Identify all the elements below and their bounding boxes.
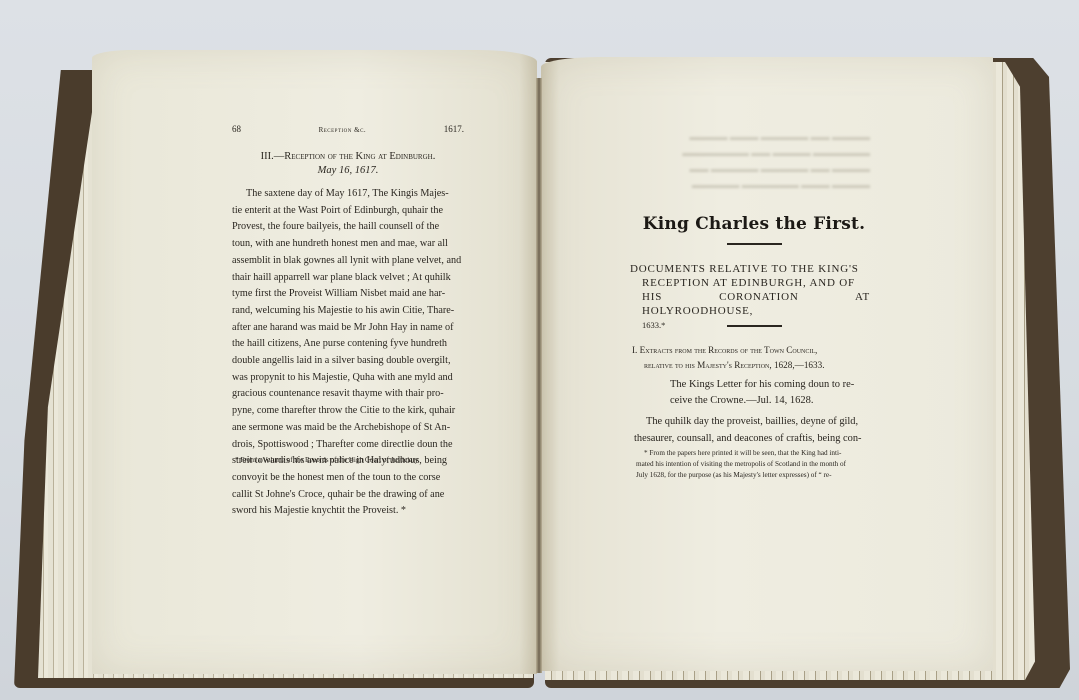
letter-heading: The Kings Letter for his coming doun to … <box>628 377 922 409</box>
body-line: thair haill apparrell war plane black ve… <box>232 270 464 287</box>
document-title: DOCUMENTS RELATIVE TO THE KING'S RECEPTI… <box>630 262 870 332</box>
body-line: was propynit to his Majestie, Quha with … <box>232 370 464 387</box>
left-footnote: * From a Volume of the Records of the Hi… <box>235 455 467 466</box>
body-line: pyne, come tharefter throw the Citie to … <box>232 403 464 420</box>
footnote-line: * From the papers here printed it will b… <box>636 448 876 459</box>
body-line: after ane harand was maid be Mr John Hay… <box>232 320 464 337</box>
section-heading: III.—Reception of the King at Edinburgh. <box>232 150 464 163</box>
section-date: May 16, 1617. <box>232 164 464 177</box>
body-line: drois, Spottiswood ; Tharefter come dire… <box>232 437 464 454</box>
extract-line: I. Extracts from the Records of the Town… <box>632 343 877 358</box>
body-line: gracious countenance resavit thayme with… <box>232 386 464 403</box>
body-line: the haill citizens, Ane purse contening … <box>232 336 464 353</box>
right-body-text: The quhilk day the proveist, baillies, d… <box>634 413 879 447</box>
body-line: The saxtene day of May 1617, The Kingis … <box>232 186 464 203</box>
body-line: sword his Majestie knychtit the Proveist… <box>232 503 464 520</box>
body-line: toun, with ane hundreth honest men and m… <box>232 236 464 253</box>
body-line: tie enterit at the Wast Poirt of Edinbur… <box>232 203 464 220</box>
running-title: Reception &c. <box>319 126 367 134</box>
footnote-line: mated his intention of visiting the metr… <box>636 459 876 470</box>
reign-title: King Charles the First. <box>628 214 880 234</box>
title-line: DOCUMENTS RELATIVE TO THE KING'S <box>630 262 870 276</box>
body-line: callit St Johne's Croce, quhair be the d… <box>232 487 464 504</box>
extract-heading: I. Extracts from the Records of the Town… <box>632 343 877 373</box>
body-line: Provest, the foure bailyeis, the haill c… <box>232 219 464 236</box>
letter-line: The Kings Letter for his coming doun to … <box>670 377 922 393</box>
left-body-text: The saxtene day of May 1617, The Kingis … <box>232 186 464 520</box>
right-footnote: * From the papers here printed it will b… <box>636 448 876 481</box>
body-line: The quhilk day the proveist, baillies, d… <box>634 413 879 430</box>
title-rule-top <box>628 243 880 245</box>
body-line: thesaurer, counsall, and deacones of cra… <box>634 430 879 447</box>
page-number: 68 <box>232 124 241 134</box>
title-rule-bottom <box>628 325 880 327</box>
letter-line: ceive the Crowne.—Jul. 14, 1628. <box>670 393 922 409</box>
title-line: RECEPTION AT EDINBURGH, AND OF <box>630 276 870 290</box>
left-running-head: 68 Reception &c. 1617. <box>232 124 464 134</box>
extract-line: relative to his Majesty's Reception, 162… <box>632 358 877 373</box>
title-line: HIS CORONATION AT HOLYROODHOUSE, <box>630 290 870 318</box>
running-year: 1617. <box>444 124 464 134</box>
body-line: double angellis laid in a silver basing … <box>232 353 464 370</box>
book-photo: ▬▬▬▬ ▬▬ ▬▬▬▬▬ ▬▬▬ ▬▬▬▬▬▬▬▬▬▬ ▬▬▬▬ ▬▬ ▬▬▬… <box>0 0 1079 700</box>
body-line: assemblit in blak gownes all lynit with … <box>232 253 464 270</box>
book-gutter <box>536 78 542 673</box>
body-line: rand, welcuming his Majestie to his awin… <box>232 303 464 320</box>
footnote-line: July 1628, for the purpose (as his Majes… <box>636 470 876 481</box>
body-line: convoyit be the honest men of the toun t… <box>232 470 464 487</box>
body-line: tyme first the Proveist William Nisbet m… <box>232 286 464 303</box>
body-line: ane sermone was maid be the Archebishope… <box>232 420 464 437</box>
show-through-text: ▬▬▬▬ ▬▬ ▬▬▬▬▬ ▬▬▬ ▬▬▬▬▬▬▬▬▬▬ ▬▬▬▬ ▬▬ ▬▬▬… <box>640 130 870 194</box>
